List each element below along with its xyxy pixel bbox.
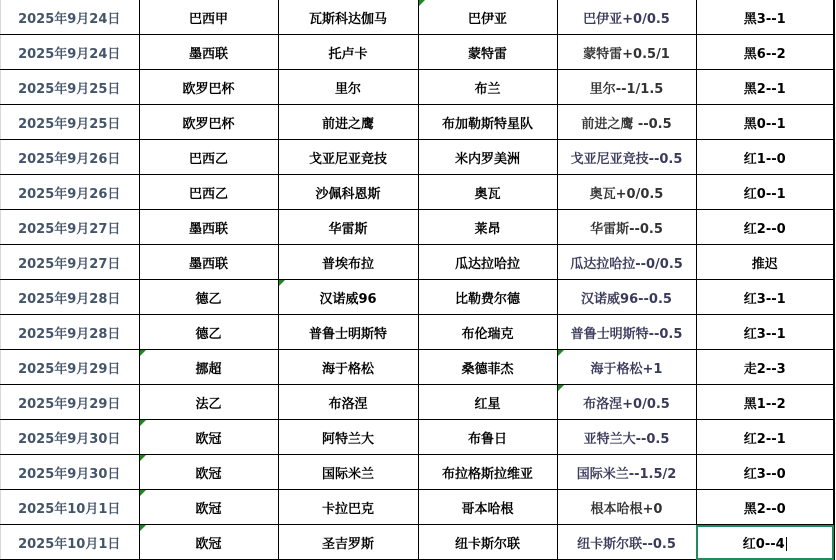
spreadsheet: 2025年9月24日巴西甲瓦斯科达伽马巴伊亚巴伊亚+0/0.5黑3--12025… — [0, 0, 836, 560]
date-text: 2025年9月30日 — [18, 467, 120, 482]
comment-marker-icon — [558, 350, 564, 356]
table-row: 2025年9月25日欧罗巴杯里尔布兰里尔--1/1.5黑2--1 — [0, 70, 834, 105]
comment-marker-icon — [558, 385, 564, 391]
date-text: 2025年9月25日 — [18, 82, 120, 97]
away-text: 哥本哈根 — [461, 502, 513, 517]
cell-away[interactable]: 莱昂 — [418, 210, 557, 245]
result-text: 红1--0 — [744, 152, 786, 167]
cell-home[interactable]: 圣吉罗斯 — [278, 525, 418, 560]
cell-result[interactable]: 红0--4 — [696, 525, 834, 560]
table-row: 2025年9月30日欧冠国际米兰布拉格斯拉维亚国际米兰--1.5/2红3--0 — [0, 455, 834, 490]
cell-league[interactable]: 巴西乙 — [139, 175, 278, 210]
league-text: 巴西甲 — [189, 12, 228, 27]
away-text: 布鲁日 — [468, 432, 507, 447]
handicap-text: 瓜达拉哈拉--0/0.5 — [570, 257, 683, 272]
home-text: 里尔 — [335, 82, 361, 97]
date-text: 2025年9月27日 — [18, 257, 120, 272]
date-text: 2025年9月28日 — [18, 327, 120, 342]
cell-league[interactable]: 欧冠 — [139, 420, 278, 455]
handicap-text: 亚特兰大--0.5 — [584, 432, 670, 447]
result-text: 红3--1 — [744, 292, 786, 307]
away-text: 布拉格斯拉维亚 — [442, 467, 533, 482]
handicap-text: 根本哈根+0 — [591, 502, 663, 517]
cell-league[interactable]: 墨西联 — [139, 210, 278, 245]
cell-handicap[interactable]: 亚特兰大--0.5 — [557, 420, 696, 455]
cell-away[interactable]: 桑德菲杰 — [418, 350, 557, 385]
cell-date[interactable]: 2025年9月25日 — [0, 70, 139, 105]
cell-date[interactable]: 2025年9月29日 — [0, 350, 139, 385]
cell-date[interactable]: 2025年9月29日 — [0, 385, 139, 420]
cell-result[interactable]: 黑1--2 — [696, 385, 834, 420]
cell-handicap[interactable]: 蒙特雷+0.5/1 — [557, 35, 696, 70]
cell-date[interactable]: 2025年9月27日 — [0, 245, 139, 280]
match-table: 2025年9月24日巴西甲瓦斯科达伽马巴伊亚巴伊亚+0/0.5黑3--12025… — [0, 0, 835, 560]
handicap-text: 里尔--1/1.5 — [590, 82, 664, 97]
cell-away[interactable]: 蒙特雷 — [418, 35, 557, 70]
date-text: 2025年9月29日 — [18, 362, 120, 377]
cell-home[interactable]: 瓦斯科达伽马 — [278, 0, 418, 35]
result-text: 黑3--1 — [744, 12, 786, 27]
cell-league[interactable]: 欧罗巴杯 — [139, 70, 278, 105]
cell-result[interactable]: 红2--0 — [696, 210, 834, 245]
handicap-text: 奥瓦+0/0.5 — [590, 187, 664, 202]
result-text: 红2--0 — [744, 222, 786, 237]
cell-result[interactable]: 红3--0 — [696, 455, 834, 490]
cell-handicap[interactable]: 纽卡斯尔联--0.5 — [557, 525, 696, 560]
cell-result[interactable]: 黑0--1 — [696, 105, 834, 140]
cell-result[interactable]: 红1--0 — [696, 140, 834, 175]
handicap-text: 戈亚尼亚竞技--0.5 — [571, 152, 683, 167]
cell-away[interactable]: 哥本哈根 — [418, 490, 557, 525]
date-text: 2025年9月25日 — [18, 117, 120, 132]
home-text: 普埃布拉 — [322, 257, 374, 272]
cell-home[interactable]: 沙佩科恩斯 — [278, 175, 418, 210]
cell-date[interactable]: 2025年10月1日 — [0, 525, 139, 560]
home-text: 海于格松 — [322, 362, 374, 377]
handicap-text: 普鲁士明斯特--0.5 — [571, 327, 683, 342]
date-text: 2025年9月24日 — [18, 12, 120, 27]
result-text: 红3--1 — [744, 327, 786, 342]
away-text: 桑德菲杰 — [461, 362, 513, 377]
home-text: 戈亚尼亚竞技 — [309, 152, 387, 167]
cell-home[interactable]: 托卢卡 — [278, 35, 418, 70]
league-text: 挪超 — [195, 362, 221, 377]
cell-result[interactable]: 红2--1 — [696, 420, 834, 455]
cell-handicap[interactable]: 华雷斯--0.5 — [557, 210, 696, 245]
cell-away[interactable]: 布伦瑞克 — [418, 315, 557, 350]
cell-league[interactable]: 巴西甲 — [139, 0, 278, 35]
result-text: 红0--1 — [744, 187, 786, 202]
cell-date[interactable]: 2025年9月26日 — [0, 175, 139, 210]
league-text: 墨西联 — [189, 222, 228, 237]
cell-home[interactable]: 华雷斯 — [278, 210, 418, 245]
home-text: 托卢卡 — [328, 47, 367, 62]
cell-home[interactable]: 前进之鹰 — [278, 105, 418, 140]
result-text: 红2--1 — [744, 432, 786, 447]
table-row: 2025年9月27日墨西联普埃布拉瓜达拉哈拉瓜达拉哈拉--0/0.5推迟 — [0, 245, 834, 280]
away-text: 纽卡斯尔联 — [455, 537, 520, 552]
league-text: 欧冠 — [195, 467, 221, 482]
handicap-text: 前进之鹰 --0.5 — [581, 117, 671, 132]
cell-result[interactable]: 黑6--2 — [696, 35, 834, 70]
cell-league[interactable]: 挪超 — [139, 350, 278, 385]
date-text: 2025年10月1日 — [18, 502, 120, 517]
league-text: 欧冠 — [195, 432, 221, 447]
cell-handicap[interactable]: 国际米兰--1.5/2 — [557, 455, 696, 490]
cell-handicap[interactable]: 布洛涅+0/0.5 — [557, 385, 696, 420]
cell-home[interactable]: 布洛涅 — [278, 385, 418, 420]
handicap-text: 纽卡斯尔联--0.5 — [577, 537, 676, 552]
result-text: 红0--4 — [743, 537, 785, 552]
date-text: 2025年9月24日 — [18, 47, 120, 62]
handicap-text: 布洛涅+0/0.5 — [583, 397, 670, 412]
cell-date[interactable]: 2025年9月26日 — [0, 140, 139, 175]
handicap-text: 汉诺威96--0.5 — [581, 292, 672, 307]
text-cursor — [786, 537, 787, 551]
away-text: 瓜达拉哈拉 — [455, 257, 520, 272]
cell-away[interactable]: 巴伊亚 — [418, 0, 557, 35]
cell-handicap[interactable]: 根本哈根+0 — [557, 490, 696, 525]
table-row: 2025年9月26日巴西乙戈亚尼亚竞技米内罗美洲戈亚尼亚竞技--0.5红1--0 — [0, 140, 834, 175]
cell-away[interactable]: 瓜达拉哈拉 — [418, 245, 557, 280]
cell-away[interactable]: 米内罗美洲 — [418, 140, 557, 175]
comment-marker-icon — [140, 455, 146, 461]
league-text: 欧罗巴杯 — [182, 82, 234, 97]
table-row: 2025年9月27日墨西联华雷斯莱昂华雷斯--0.5红2--0 — [0, 210, 834, 245]
league-text: 欧冠 — [195, 537, 221, 552]
league-text: 巴西乙 — [189, 187, 228, 202]
away-text: 米内罗美洲 — [455, 152, 520, 167]
comment-marker-icon — [140, 525, 146, 531]
cell-handicap[interactable]: 里尔--1/1.5 — [557, 70, 696, 105]
cell-home[interactable]: 阿特兰大 — [278, 420, 418, 455]
cell-home[interactable]: 普埃布拉 — [278, 245, 418, 280]
table-row: 2025年9月30日欧冠阿特兰大布鲁日亚特兰大--0.5红2--1 — [0, 420, 834, 455]
comment-marker-icon — [419, 0, 425, 6]
cell-date[interactable]: 2025年9月28日 — [0, 280, 139, 315]
cell-result[interactable]: 红3--1 — [696, 315, 834, 350]
away-text: 巴伊亚 — [468, 12, 507, 27]
date-text: 2025年9月26日 — [18, 152, 120, 167]
cell-league[interactable]: 德乙 — [139, 315, 278, 350]
table-row: 2025年9月29日法乙布洛涅红星布洛涅+0/0.5黑1--2 — [0, 385, 834, 420]
league-text: 德乙 — [195, 327, 221, 342]
cell-home[interactable]: 普鲁士明斯特 — [278, 315, 418, 350]
home-text: 前进之鹰 — [322, 117, 374, 132]
handicap-text: 巴伊亚+0/0.5 — [583, 12, 670, 27]
home-text: 瓦斯科达伽马 — [309, 12, 387, 27]
cell-league[interactable]: 巴西乙 — [139, 140, 278, 175]
cell-home[interactable]: 国际米兰 — [278, 455, 418, 490]
result-text: 黑6--2 — [744, 47, 786, 62]
cell-result[interactable]: 推迟 — [696, 245, 834, 280]
handicap-text: 海于格松+1 — [591, 362, 663, 377]
date-text: 2025年9月28日 — [18, 292, 120, 307]
cell-date[interactable]: 2025年9月24日 — [0, 35, 139, 70]
comment-marker-icon — [140, 420, 146, 426]
cell-result[interactable]: 红3--1 — [696, 280, 834, 315]
away-text: 比勒费尔德 — [455, 292, 520, 307]
cell-home[interactable]: 海于格松 — [278, 350, 418, 385]
cell-date[interactable]: 2025年9月25日 — [0, 105, 139, 140]
table-row: 2025年9月24日墨西联托卢卡蒙特雷蒙特雷+0.5/1黑6--2 — [0, 35, 834, 70]
cell-handicap[interactable]: 巴伊亚+0/0.5 — [557, 0, 696, 35]
cell-home[interactable]: 戈亚尼亚竞技 — [278, 140, 418, 175]
away-text: 布伦瑞克 — [461, 327, 513, 342]
table-row: 2025年9月26日巴西乙沙佩科恩斯奥瓦奥瓦+0/0.5红0--1 — [0, 175, 834, 210]
result-text: 黑0--1 — [744, 117, 786, 132]
date-text: 2025年9月30日 — [18, 432, 120, 447]
away-text: 红星 — [474, 397, 500, 412]
comment-marker-icon — [140, 490, 146, 496]
cell-handicap[interactable]: 海于格松+1 — [557, 350, 696, 385]
home-text: 圣吉罗斯 — [322, 537, 374, 552]
cell-away[interactable]: 纽卡斯尔联 — [418, 525, 557, 560]
home-text: 汉诺威96 — [319, 292, 376, 307]
table-row: 2025年9月25日欧罗巴杯前进之鹰布加勒斯特星队前进之鹰 --0.5黑0--1 — [0, 105, 834, 140]
league-text: 欧冠 — [195, 502, 221, 517]
cell-league[interactable]: 欧冠 — [139, 490, 278, 525]
cell-handicap[interactable]: 汉诺威96--0.5 — [557, 280, 696, 315]
cell-league[interactable]: 墨西联 — [139, 35, 278, 70]
table-row: 2025年9月28日德乙汉诺威96比勒费尔德汉诺威96--0.5红3--1 — [0, 280, 834, 315]
handicap-text: 蒙特雷+0.5/1 — [583, 47, 670, 62]
home-text: 华雷斯 — [328, 222, 367, 237]
cell-date[interactable]: 2025年9月28日 — [0, 315, 139, 350]
comment-marker-icon — [279, 280, 285, 286]
cell-date[interactable]: 2025年10月1日 — [0, 490, 139, 525]
home-text: 阿特兰大 — [322, 432, 374, 447]
cell-home[interactable]: 卡拉巴克 — [278, 490, 418, 525]
cell-handicap[interactable]: 戈亚尼亚竞技--0.5 — [557, 140, 696, 175]
league-text: 欧罗巴杯 — [182, 117, 234, 132]
home-text: 国际米兰 — [322, 467, 374, 482]
cell-league[interactable]: 法乙 — [139, 385, 278, 420]
result-text: 红3--0 — [744, 467, 786, 482]
cell-away[interactable]: 红星 — [418, 385, 557, 420]
date-text: 2025年10月1日 — [18, 537, 120, 552]
cell-league[interactable]: 墨西联 — [139, 245, 278, 280]
cell-date[interactable]: 2025年9月24日 — [0, 0, 139, 35]
cell-date[interactable]: 2025年9月27日 — [0, 210, 139, 245]
cell-away[interactable]: 布拉格斯拉维亚 — [418, 455, 557, 490]
result-text: 推迟 — [752, 257, 778, 272]
date-text: 2025年9月29日 — [18, 397, 120, 412]
league-text: 巴西乙 — [189, 152, 228, 167]
cell-away[interactable]: 布兰 — [418, 70, 557, 105]
cell-handicap[interactable]: 普鲁士明斯特--0.5 — [557, 315, 696, 350]
result-text: 走2--3 — [744, 362, 786, 377]
home-text: 沙佩科恩斯 — [315, 187, 380, 202]
cell-league[interactable]: 德乙 — [139, 280, 278, 315]
league-text: 法乙 — [195, 397, 221, 412]
league-text: 墨西联 — [189, 257, 228, 272]
cell-result[interactable]: 黑3--1 — [696, 0, 834, 35]
date-text: 2025年9月26日 — [18, 187, 120, 202]
cell-away[interactable]: 布加勒斯特星队 — [418, 105, 557, 140]
home-text: 卡拉巴克 — [322, 502, 374, 517]
result-text: 黑2--1 — [744, 82, 786, 97]
table-row: 2025年10月1日欧冠卡拉巴克哥本哈根根本哈根+0黑2--0 — [0, 490, 834, 525]
handicap-text: 华雷斯--0.5 — [590, 222, 663, 237]
date-text: 2025年9月27日 — [18, 222, 120, 237]
cell-home[interactable]: 汉诺威96 — [278, 280, 418, 315]
result-text: 黑1--2 — [744, 397, 786, 412]
away-text: 莱昂 — [474, 222, 500, 237]
cell-league[interactable]: 欧冠 — [139, 455, 278, 490]
cell-handicap[interactable]: 瓜达拉哈拉--0/0.5 — [557, 245, 696, 280]
away-text: 蒙特雷 — [468, 47, 507, 62]
league-text: 德乙 — [195, 292, 221, 307]
home-text: 布洛涅 — [328, 397, 367, 412]
table-row: 2025年10月1日欧冠圣吉罗斯纽卡斯尔联纽卡斯尔联--0.5红0--4 — [0, 525, 834, 560]
cell-result[interactable]: 黑2--0 — [696, 490, 834, 525]
table-row: 2025年9月29日挪超海于格松桑德菲杰海于格松+1走2--3 — [0, 350, 834, 385]
league-text: 墨西联 — [189, 47, 228, 62]
cell-result[interactable]: 黑2--1 — [696, 70, 834, 105]
table-row: 2025年9月28日德乙普鲁士明斯特布伦瑞克普鲁士明斯特--0.5红3--1 — [0, 315, 834, 350]
cell-date[interactable]: 2025年9月30日 — [0, 420, 139, 455]
cell-handicap[interactable]: 前进之鹰 --0.5 — [557, 105, 696, 140]
cell-result[interactable]: 红0--1 — [696, 175, 834, 210]
cell-home[interactable]: 里尔 — [278, 70, 418, 105]
cell-away[interactable]: 奥瓦 — [418, 175, 557, 210]
cell-league[interactable]: 欧冠 — [139, 525, 278, 560]
cell-league[interactable]: 欧罗巴杯 — [139, 105, 278, 140]
result-text: 黑2--0 — [744, 502, 786, 517]
away-text: 布加勒斯特星队 — [442, 117, 533, 132]
cell-away[interactable]: 布鲁日 — [418, 420, 557, 455]
cell-result[interactable]: 走2--3 — [696, 350, 834, 385]
cell-away[interactable]: 比勒费尔德 — [418, 280, 557, 315]
away-text: 布兰 — [474, 82, 500, 97]
cell-handicap[interactable]: 奥瓦+0/0.5 — [557, 175, 696, 210]
handicap-text: 国际米兰--1.5/2 — [577, 467, 677, 482]
away-text: 奥瓦 — [474, 187, 500, 202]
table-row: 2025年9月24日巴西甲瓦斯科达伽马巴伊亚巴伊亚+0/0.5黑3--1 — [0, 0, 834, 35]
comment-marker-icon — [140, 350, 146, 356]
home-text: 普鲁士明斯特 — [309, 327, 387, 342]
cell-date[interactable]: 2025年9月30日 — [0, 455, 139, 490]
